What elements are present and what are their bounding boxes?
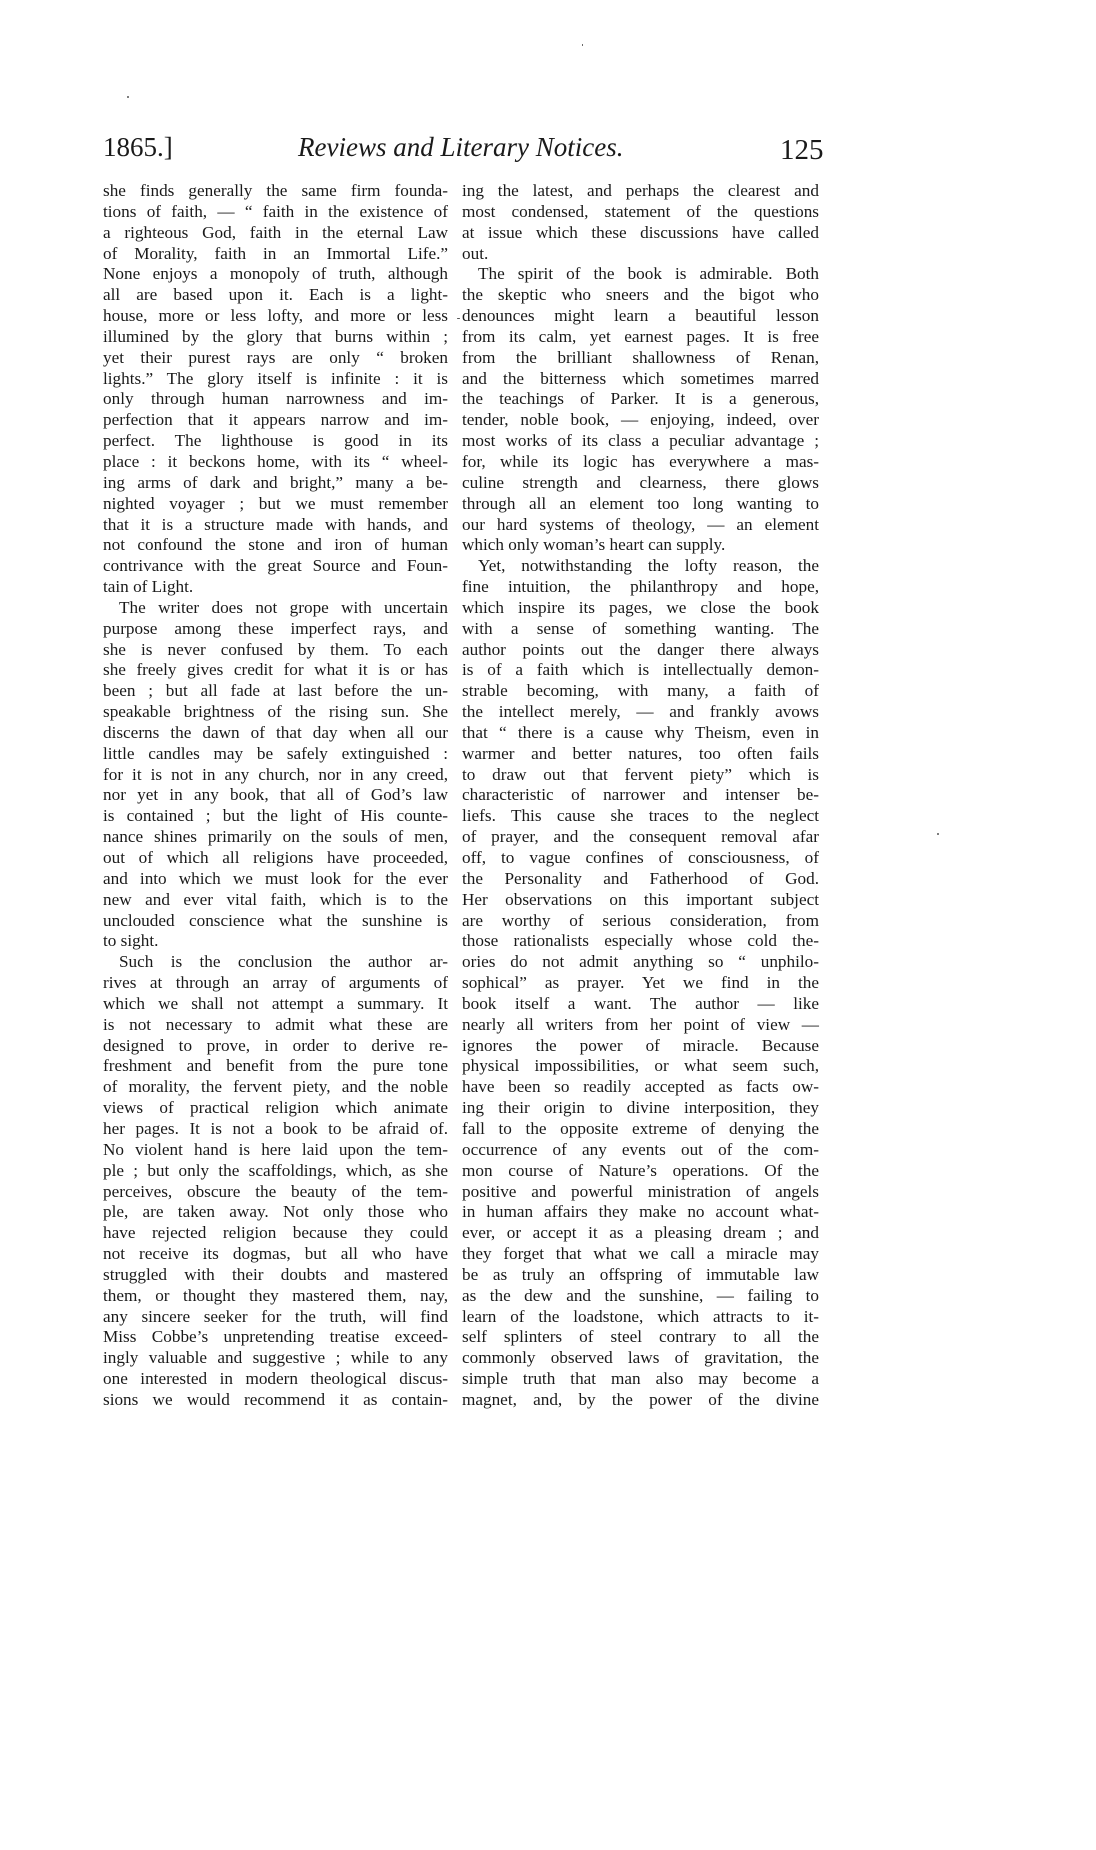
text-line: nearly all writers from her point of vie… (462, 1015, 819, 1036)
text-line: perfection that it appears narrow and im… (103, 410, 448, 431)
text-line: purpose among these imperfect rays, and (103, 619, 448, 640)
text-line: be as truly an offspring of immutable la… (462, 1265, 819, 1286)
text-line: ories do not admit anything so “ unphilo… (462, 952, 819, 973)
text-line: nighted voyager ; but we must remember (103, 494, 448, 515)
text-line: as the dew and the sunshine, — failing t… (462, 1286, 819, 1307)
text-line: contrivance with the great Source and Fo… (103, 556, 448, 577)
text-line: that “ there is a cause why Theism, even… (462, 723, 819, 744)
page-number: 125 (780, 134, 824, 167)
text-line: she finds generally the same firm founda… (103, 181, 448, 202)
text-line: which only woman’s heart can supply. (462, 535, 819, 556)
text-line: the teachings of Parker. It is a generou… (462, 389, 819, 410)
running-title: Reviews and Literary Notices. (298, 132, 623, 163)
text-line: designed to prove, in order to derive re… (103, 1036, 448, 1057)
text-line: nance shines primarily on the souls of m… (103, 827, 448, 848)
text-line: fall to the opposite extreme of denying … (462, 1119, 819, 1140)
text-line: warmer and better natures, too often fai… (462, 744, 819, 765)
text-line: only through human narrowness and im- (103, 389, 448, 410)
text-line: freshment and benefit from the pure tone (103, 1056, 448, 1077)
text-line: struggled with their doubts and mastered (103, 1265, 448, 1286)
text-line: sophical” as prayer. Yet we find in the (462, 973, 819, 994)
text-line: of Morality, faith in an Immortal Life.” (103, 244, 448, 265)
header-year: 1865.] (103, 132, 173, 163)
text-line: rives at through an array of arguments o… (103, 973, 448, 994)
text-line: the intellect merely, — and frankly avow… (462, 702, 819, 723)
text-line: our hard systems of theology, — an eleme… (462, 515, 819, 536)
text-line: learn of the loadstone, which attracts t… (462, 1307, 819, 1328)
text-line: unclouded conscience what the sunshine i… (103, 911, 448, 932)
text-line: ing arms of dark and bright,” many a be- (103, 473, 448, 494)
text-line: to draw out that fervent piety” which is (462, 765, 819, 786)
text-line: is of a faith which is intellectually de… (462, 660, 819, 681)
text-line: her pages. It is not a book to be afraid… (103, 1119, 448, 1140)
text-line: all are based upon it. Each is a light- (103, 285, 448, 306)
text-line: ignores the power of miracle. Because (462, 1036, 819, 1057)
text-line: is not necessary to admit what these are (103, 1015, 448, 1036)
text-line: tender, noble book, — enjoying, indeed, … (462, 410, 819, 431)
text-line: a righteous God, faith in the eternal La… (103, 223, 448, 244)
text-line: place : it beckons home, with its “ whee… (103, 452, 448, 473)
text-line: at issue which these discussions have ca… (462, 223, 819, 244)
text-line: through all an element too long wanting … (462, 494, 819, 515)
text-line: yet their purest rays are only “ broken (103, 348, 448, 369)
text-line: ple, are taken away. Not only those who (103, 1202, 448, 1223)
text-line: mon course of Nature’s operations. Of th… (462, 1161, 819, 1182)
text-line: that it is a structure made with hands, … (103, 515, 448, 536)
text-line: have been so readily accepted as facts o… (462, 1077, 819, 1098)
text-line: she freely gives credit for what it is o… (103, 660, 448, 681)
text-line: been ; but all fade at last before the u… (103, 681, 448, 702)
text-line: tions of faith, — “ faith in the existen… (103, 202, 448, 223)
text-line: the skeptic who sneers and the bigot who (462, 285, 819, 306)
text-line: from the brilliant shallowness of Renan, (462, 348, 819, 369)
text-line: fine intuition, the philanthropy and hop… (462, 577, 819, 598)
text-line: which we shall not attempt a summary. It (103, 994, 448, 1015)
text-line: new and ever vital faith, which is to th… (103, 890, 448, 911)
text-line: them, or thought they mastered them, nay… (103, 1286, 448, 1307)
text-line: illumined by the glory that burns within… (103, 327, 448, 348)
text-line: Miss Cobbe’s unpretending treatise excee… (103, 1327, 448, 1348)
text-line: not receive its dogmas, but all who have (103, 1244, 448, 1265)
text-line: house, more or less lofty, and more or l… (103, 306, 448, 327)
text-line: Such is the conclusion the author ar- (103, 952, 448, 973)
text-line: not confound the stone and iron of human (103, 535, 448, 556)
text-line: which inspire its pages, we close the bo… (462, 598, 819, 619)
text-line: most condensed, statement of the questio… (462, 202, 819, 223)
text-line: perceives, obscure the beauty of the tem… (103, 1182, 448, 1203)
text-line: views of practical religion which animat… (103, 1098, 448, 1119)
text-line: denounces might learn a beautiful lesson (462, 306, 819, 327)
text-line: ingly valuable and suggestive ; while to… (103, 1348, 448, 1369)
text-line: discerns the dawn of that day when all o… (103, 723, 448, 744)
text-line: perfect. The lighthouse is good in its (103, 431, 448, 452)
text-line: None enjoys a monopoly of truth, althoug… (103, 264, 448, 285)
text-line: physical impossibilities, or what seem s… (462, 1056, 819, 1077)
text-line: she is never confused by them. To each (103, 640, 448, 661)
text-line: for, while its logic has everywhere a ma… (462, 452, 819, 473)
text-line: Yet, notwithstanding the lofty reason, t… (462, 556, 819, 577)
text-line: most works of its class a peculiar advan… (462, 431, 819, 452)
text-line: for it is not in any church, nor in any … (103, 765, 448, 786)
text-line: and the bitterness which sometimes marre… (462, 369, 819, 390)
text-line: to sight. (103, 931, 448, 952)
text-line: author points out the danger there alway… (462, 640, 819, 661)
text-line: commonly observed laws of gravitation, t… (462, 1348, 819, 1369)
text-line: one interested in modern theological dis… (103, 1369, 448, 1390)
text-line: sions we would recommend it as contain- (103, 1390, 448, 1411)
text-line: any sincere seeker for the truth, will f… (103, 1307, 448, 1328)
text-line: are worthy of serious consideration, fro… (462, 911, 819, 932)
print-speck (457, 318, 460, 319)
text-line: positive and powerful ministration of an… (462, 1182, 819, 1203)
right-column: ing the latest, and perhaps the clearest… (462, 181, 819, 1411)
text-line: The writer does not grope with uncertain (103, 598, 448, 619)
text-line: out. (462, 244, 819, 265)
text-line: of morality, the fervent piety, and the … (103, 1077, 448, 1098)
text-line: strable becoming, with many, a faith of (462, 681, 819, 702)
text-line: they forget that what we call a miracle … (462, 1244, 819, 1265)
text-line: book itself a want. The author — like (462, 994, 819, 1015)
text-line: speakable brightness of the rising sun. … (103, 702, 448, 723)
text-line: culine strength and clearness, there glo… (462, 473, 819, 494)
text-line: Her observations on this important subje… (462, 890, 819, 911)
text-line: with a sense of something wanting. The (462, 619, 819, 640)
text-line: self splinters of steel contrary to all … (462, 1327, 819, 1348)
text-line: lights.” The glory itself is infinite : … (103, 369, 448, 390)
text-line: is contained ; but the light of His coun… (103, 806, 448, 827)
text-line: The spirit of the book is admirable. Bot… (462, 264, 819, 285)
text-line: from its calm, yet earnest pages. It is … (462, 327, 819, 348)
text-line: and into which we must look for the ever (103, 869, 448, 890)
text-line: off, to vague confines of consciousness,… (462, 848, 819, 869)
text-line: magnet, and, by the power of the divine (462, 1390, 819, 1411)
text-line: in human affairs they make no account wh… (462, 1202, 819, 1223)
print-speck (127, 96, 129, 98)
text-line: characteristic of narrower and intenser … (462, 785, 819, 806)
text-line: liefs. This cause she traces to the negl… (462, 806, 819, 827)
text-line: out of which all religions have proceede… (103, 848, 448, 869)
text-line: occurrence of any events out of the com- (462, 1140, 819, 1161)
text-line: the Personality and Fatherhood of God. (462, 869, 819, 890)
text-line: ing the latest, and perhaps the clearest… (462, 181, 819, 202)
print-speck (937, 833, 939, 835)
text-line: nor yet in any book, that all of God’s l… (103, 785, 448, 806)
text-line: No violent hand is here laid upon the te… (103, 1140, 448, 1161)
text-line: simple truth that man also may become a (462, 1369, 819, 1390)
text-line: ple ; but only the scaffoldings, which, … (103, 1161, 448, 1182)
text-line: those rationalists especially whose cold… (462, 931, 819, 952)
text-line: ever, or accept it as a pleasing dream ;… (462, 1223, 819, 1244)
text-line: of prayer, and the consequent removal af… (462, 827, 819, 848)
text-line: tain of Light. (103, 577, 448, 598)
left-column: she finds generally the same firm founda… (103, 181, 448, 1411)
print-speck (582, 44, 583, 46)
running-header: 1865.] Reviews and Literary Notices. 125 (0, 132, 1096, 172)
text-line: have rejected religion because they coul… (103, 1223, 448, 1244)
text-line: ing their origin to divine interposition… (462, 1098, 819, 1119)
text-line: little candles may be safely extinguishe… (103, 744, 448, 765)
